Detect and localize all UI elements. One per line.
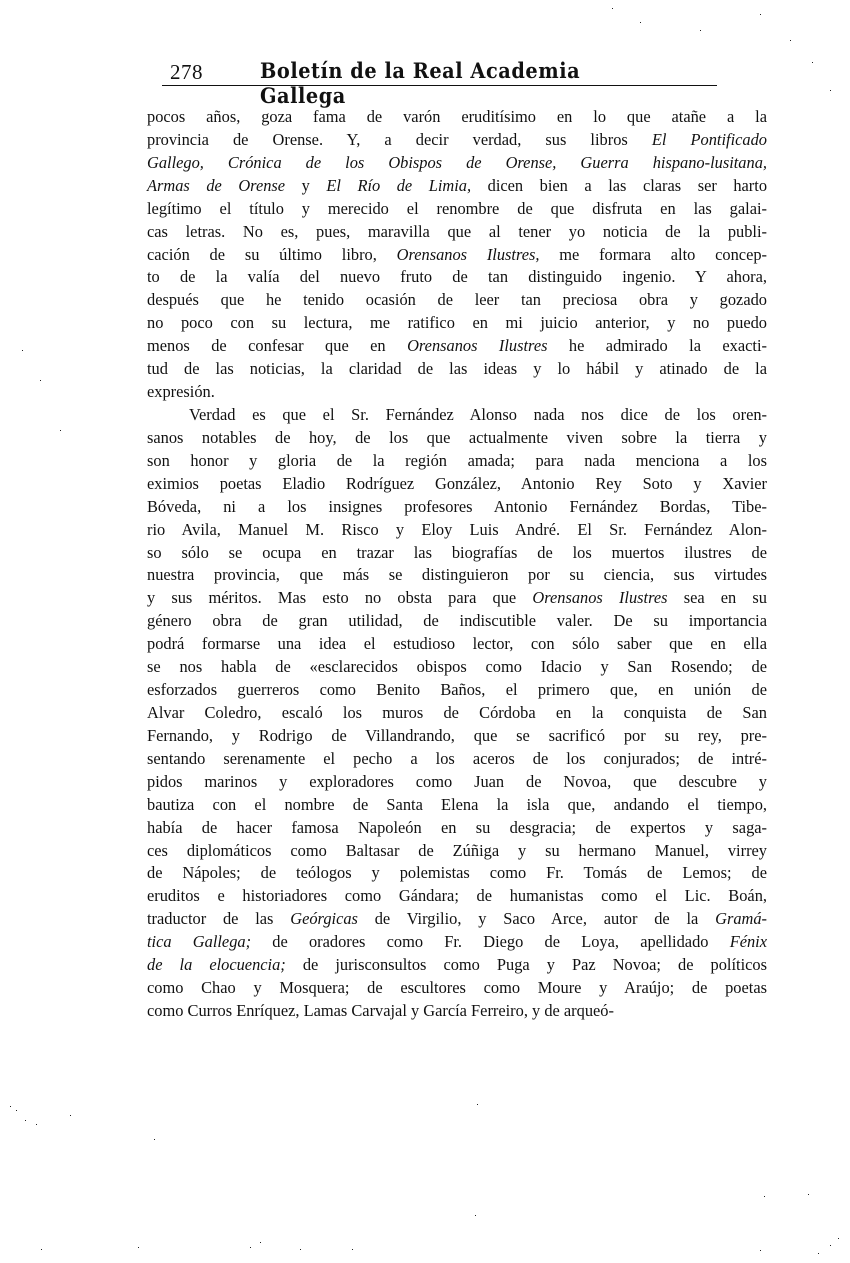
text-line: Gallego, Crónica de los Obispos de Orens… [147,152,767,175]
text-line: no poco con su lectura, me ratifico en m… [147,312,767,335]
text-line: sanos notables de hoy, de los que actual… [147,427,767,450]
text-run: sanos notables de hoy, de los que actual… [147,428,767,447]
text-run: son honor y gloria de la región amada; p… [147,451,767,470]
text-line: legítimo el título y merecido el renombr… [147,198,767,221]
text-run: cas letras. No es, pues, maravilla que a… [147,222,767,241]
text-run: género obra de gran utilidad, de indiscu… [147,611,767,630]
text-run: tud de las noticias, la claridad de las … [147,359,767,378]
text-line: son honor y gloria de la región amada; p… [147,450,767,473]
text-line: to de la valía del nuevo fruto de tan di… [147,266,767,289]
text-run: pidos marinos y exploradores como Juan d… [147,772,767,791]
text-run: bautiza con el nombre de Santa Elena la … [147,795,767,814]
text-line: traductor de las Geórgicas de Virgilio, … [147,908,767,931]
text-line: Fernando, y Rodrigo de Villandrando, que… [147,725,767,748]
text-line: de la elocuencia; de jurisconsultos como… [147,954,767,977]
text-run: pocos años, goza fama de varón eruditísi… [147,107,767,126]
text-run: Alvar Coledro, escaló los muros de Córdo… [147,703,767,722]
text-line: sentando serenamente el pecho a los acer… [147,748,767,771]
text-run: Bóveda, ni a los insignes profesores Ant… [147,497,767,516]
paragraph: Verdad es que el Sr. Fernández Alonso na… [147,404,767,1023]
text-run: nuestra provincia, que más se distinguie… [147,565,767,584]
page-number: 278 [170,60,203,85]
italic-title: Gramá- [715,909,767,928]
text-line: cación de su último libro, Orensanos Ilu… [147,244,767,267]
text-line: había de hacer famosa Napoleón en su des… [147,817,767,840]
text-line: tud de las noticias, la claridad de las … [147,358,767,381]
text-line: podrá formarse una idea el estudioso lec… [147,633,767,656]
text-line: bautiza con el nombre de Santa Elena la … [147,794,767,817]
text-run: sea en su [668,588,767,607]
text-run: traductor de las [147,909,290,928]
text-line: género obra de gran utilidad, de indiscu… [147,610,767,633]
text-line: tica Gallega; de oradores como Fr. Diego… [147,931,767,954]
text-run: rio Avila, Manuel M. Risco y Eloy Luis A… [147,520,767,539]
text-run: de oradores como Fr. Diego de Loya, apel… [251,932,730,951]
text-run: so sólo se ocupa en trazar las biografía… [147,543,767,562]
text-run: no poco con su lectura, me ratifico en m… [147,313,767,332]
text-run: de jurisconsultos como Puga y Paz Novoa;… [286,955,767,974]
text-line: so sólo se ocupa en trazar las biografía… [147,542,767,565]
text-line: como Curros Enríquez, Lamas Carvajal y G… [147,1000,767,1023]
running-title: Boletín de la Real Academia Gallega [260,58,667,108]
italic-title: El Pontificado [652,130,767,149]
text-run: esforzados guerreros como Benito Baños, … [147,680,767,699]
text-line: como Chao y Mosquera; de escultores como… [147,977,767,1000]
text-line: se nos habla de «esclarecidos obispos co… [147,656,767,679]
text-line: nuestra provincia, que más se distinguie… [147,564,767,587]
italic-title: Armas de Orense [147,176,285,195]
text-run: después que he tenido ocasión de leer ta… [147,290,767,309]
running-header: 278 Boletín de la Real Academia Gallega [160,56,702,86]
text-run: de Virgilio, y Saco Arce, autor de la [358,909,715,928]
text-run: to de la valía del nuevo fruto de tan di… [147,267,767,286]
text-run: legítimo el título y merecido el renombr… [147,199,767,218]
text-line: después que he tenido ocasión de leer ta… [147,289,767,312]
text-run: se nos habla de «esclarecidos obispos co… [147,657,767,676]
text-line: menos de confesar que en Orensanos Ilust… [147,335,767,358]
text-run: ces diplomáticos como Baltasar de Zúñiga… [147,841,767,860]
italic-title: Fénix [730,932,767,951]
text-line: provincia de Orense. Y, a decir verdad, … [147,129,767,152]
text-line: pocos años, goza fama de varón eruditísi… [147,106,767,129]
text-run: cación de su último libro, [147,245,397,264]
italic-title: El Río de Limia, [326,176,471,195]
body-text: pocos años, goza fama de varón eruditísi… [147,106,767,1023]
text-line: cas letras. No es, pues, maravilla que a… [147,221,767,244]
text-run: como Chao y Mosquera; de escultores como… [147,978,767,997]
italic-title: Geórgicas [290,909,358,928]
italic-title: de la elocuencia; [147,955,286,974]
text-line: Bóveda, ni a los insignes profesores Ant… [147,496,767,519]
italic-title: tica Gallega; [147,932,251,951]
text-run: y [285,176,326,195]
text-line: eximios poetas Eladio Rodríguez González… [147,473,767,496]
text-run: había de hacer famosa Napoleón en su des… [147,818,767,837]
italic-title: Gallego, Crónica de los Obispos de Orens… [147,153,767,172]
text-run: y sus méritos. Mas esto no obsta para qu… [147,588,532,607]
text-run: de Nápoles; de teólogos y polemistas com… [147,863,767,882]
text-line: expresión. [147,381,767,404]
text-run: provincia de Orense. Y, a decir verdad, … [147,130,652,149]
text-line: y sus méritos. Mas esto no obsta para qu… [147,587,767,610]
text-run: eruditos e historiadores como Gándara; d… [147,886,767,905]
text-line: Armas de Orense y El Río de Limia, dicen… [147,175,767,198]
text-line: rio Avila, Manuel M. Risco y Eloy Luis A… [147,519,767,542]
text-run: Verdad es que el Sr. Fernández Alonso na… [189,405,767,424]
italic-title: Orensanos Ilustres [532,588,667,607]
text-line: Alvar Coledro, escaló los muros de Córdo… [147,702,767,725]
text-run: me formara alto concep- [540,245,768,264]
paragraph: pocos años, goza fama de varón eruditísi… [147,106,767,404]
text-line: de Nápoles; de teólogos y polemistas com… [147,862,767,885]
text-run: eximios poetas Eladio Rodríguez González… [147,474,767,493]
text-run: he admirado la exacti- [547,336,767,355]
text-run: podrá formarse una idea el estudioso lec… [147,634,767,653]
text-run: expresión. [147,382,215,401]
text-line: pidos marinos y exploradores como Juan d… [147,771,767,794]
text-run: sentando serenamente el pecho a los acer… [147,749,767,768]
text-line: eruditos e historiadores como Gándara; d… [147,885,767,908]
text-run: Fernando, y Rodrigo de Villandrando, que… [147,726,767,745]
text-line: ces diplomáticos como Baltasar de Zúñiga… [147,840,767,863]
text-line: Verdad es que el Sr. Fernández Alonso na… [147,404,767,427]
text-run: menos de confesar que en [147,336,407,355]
header-rule [162,85,717,86]
italic-title: Orensanos Ilustres, [397,245,540,264]
italic-title: Orensanos Ilustres [407,336,547,355]
text-line: esforzados guerreros como Benito Baños, … [147,679,767,702]
text-run: como Curros Enríquez, Lamas Carvajal y G… [147,1001,614,1020]
text-run: dicen bien a las claras ser harto [471,176,767,195]
